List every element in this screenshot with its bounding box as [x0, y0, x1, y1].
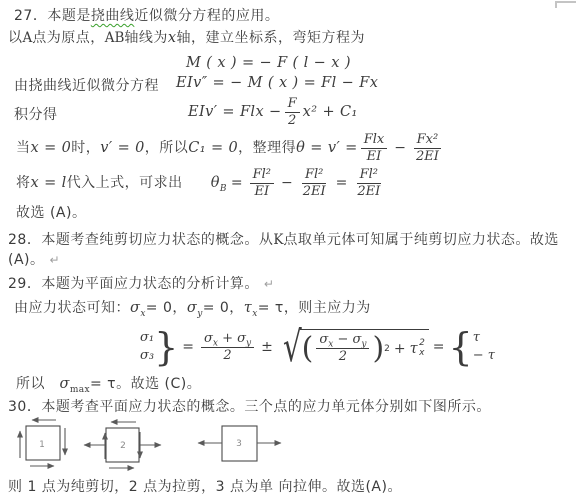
left-paren: ( — [302, 334, 314, 364]
right-paren: ) — [372, 334, 384, 364]
q27-l5-run: 代入上式，可求出 — [67, 174, 183, 192]
right-brace: } — [154, 330, 178, 364]
eiv-first-derivative-lead: EIv′ = Flx − — [188, 104, 282, 120]
element-3-label: 3 — [236, 439, 242, 449]
q29-l2-run: 由应力状态可知： — [14, 299, 130, 317]
q27-l4-run: ，所以 — [145, 139, 189, 157]
moment-equation: M ( x ) = − F ( l − x ) — [186, 55, 351, 71]
stress-element-3: 3 — [198, 426, 281, 461]
equals-operator: = — [231, 175, 243, 191]
q28-l1-run: 28．本题考查纯剪切应力状态的概念。从 — [8, 231, 273, 249]
q28-l1-run: 点取单元体可知属于纯剪切应力状态。故选 — [283, 231, 559, 249]
q28-answer-text: (A)。 — [8, 251, 45, 269]
integrate-label: 积分得 — [14, 106, 58, 124]
q28-line-1: 28．本题考查纯剪切应力状态的概念。从 K 点取单元体可知属于纯剪切应力状态。故… — [8, 231, 559, 249]
q28-line-2: (A)。 ↵ — [8, 251, 60, 269]
tau-sup-sub: 2x — [419, 339, 425, 359]
q27-l4-v0: v′ = 0 — [100, 140, 144, 156]
q29-line-1: 29．本题为平面应力状态的分析计算。 ↵ — [8, 275, 274, 293]
q27-line-thetaB: 将 x = l 代入上式，可求出 θB = Fl² EI − Fl² 2EI =… — [16, 164, 386, 202]
q27-formula-eiv2: EIv″ = − M ( x ) = Fl − Fx — [176, 75, 378, 91]
q27-f3-label: 积分得 — [14, 106, 58, 124]
q27-answer-text: 故选 (A)。 — [16, 204, 86, 222]
q28-point-k: K — [273, 232, 283, 248]
q27-l2-run: 轴，建立坐标系，弯矩方程为 — [177, 29, 366, 47]
theta-b-symbol: θB — [211, 175, 227, 191]
q29-l2-run: = τ，则主应力为 — [258, 299, 371, 317]
fraction-fl2-over-2ei-result: Fl² 2EI — [354, 167, 383, 199]
q27-l4-run: 当 — [16, 139, 31, 157]
q27-l2-run: 点为原点， — [32, 29, 105, 47]
document-page: 27． 本题是 挠曲线 近似微分方程的应用。 以 A 点为原点， AB 轴线为 … — [0, 0, 576, 499]
scan-artifact-horizontal — [556, 1, 576, 3]
minus-operator: − — [281, 175, 293, 191]
equals-operator: = — [182, 339, 194, 355]
eiv-first-derivative-tail: x² + C₁ — [303, 104, 358, 120]
q27-number: 27． — [14, 7, 47, 25]
q27-l2-point-a: A — [23, 30, 33, 46]
q27-l4-c1: C₁ = 0 — [188, 140, 238, 156]
q30-title-text: 30．本题考查平面应力状态的概念。三个点的应力单元体分别如下图所示。 — [8, 398, 491, 416]
q27-line-2: 以 A 点为原点， AB 轴线为 x 轴，建立坐标系，弯矩方程为 — [8, 29, 365, 47]
square-root: √ ( σx − σy 2 )2 + τ 2x — [279, 326, 429, 368]
sigma-1-3-stack: σ₁ σ₃ — [140, 329, 154, 364]
q29-l3-run: = τ。故选 (C)。 — [90, 375, 201, 393]
q27-l2-run: 轴线为 — [124, 29, 168, 47]
q27-l1-pre: 本题是 — [47, 7, 91, 25]
q29-principal-stress-formula: σ₁ σ₃ } = σx + σy 2 ± √ ( σx − σy 2 )2 +… — [140, 319, 495, 375]
stress-element-diagrams: 1 2 3 — [8, 416, 298, 478]
q29-line-2: 由应力状态可知： σx = 0， σy = 0， τx = τ，则主应力为 — [14, 299, 371, 317]
return-mark-icon: ↵ — [50, 253, 60, 267]
q27-formula-moment: M ( x ) = − F ( l − x ) — [186, 55, 351, 71]
q27-l4-theta-eq: θ = v′ = — [296, 140, 358, 156]
q30-answer-text: 则 1 点为纯剪切，2 点为拉剪，3 点为单 向拉伸。故选(A)。 — [8, 478, 402, 496]
q27-line-1: 27． 本题是 挠曲线 近似微分方程的应用。 — [14, 7, 279, 25]
q27-l1-post: 近似微分方程的应用。 — [134, 7, 279, 25]
q27-l1-spellcheck-word: 挠曲线 — [91, 7, 135, 25]
q27-l4-run: ，整理得 — [238, 139, 296, 157]
deflection-eq-label: 由挠曲线近似微分方程 — [14, 77, 159, 95]
q27-l5-xl: x = l — [31, 175, 67, 191]
plus-minus-operator: ± — [261, 339, 273, 355]
q27-line-theta: 当 x = 0 时， v′ = 0 ，所以 C₁ = 0 ，整理得 θ = v′… — [16, 129, 445, 167]
minus-operator: − — [394, 140, 406, 156]
fraction-flx-over-ei: Flx EI — [361, 132, 388, 164]
q29-l3-run: 所以 — [16, 375, 60, 393]
q30-line-1: 30．本题考查平面应力状态的概念。三个点的应力单元体分别如下图所示。 — [8, 398, 491, 416]
fraction-sigma-diff: σx − σy 2 — [316, 332, 369, 364]
sigma-max-symbol: σmax — [60, 376, 91, 392]
stress-element-2: 2 — [84, 422, 161, 468]
tau-cases-stack: τ − τ — [473, 329, 495, 364]
q29-l2-run: = 0， — [146, 299, 187, 317]
q27-l2-var-x: x — [168, 30, 177, 46]
return-mark-icon: ↵ — [264, 277, 274, 291]
eiv-second-derivative-equation: EIv″ = − M ( x ) = Fl − Fx — [176, 75, 378, 91]
q27-l5-run: 将 — [16, 174, 31, 192]
fraction-fl2-over-2ei: Fl² 2EI — [300, 167, 329, 199]
sigma-y-symbol: σy — [187, 300, 203, 316]
equals-operator: = — [336, 175, 348, 191]
q27-l2-axis-ab: AB — [105, 30, 125, 46]
element-1-label: 1 — [39, 440, 45, 450]
tau-symbol: τ — [410, 341, 418, 357]
sigma-x-symbol: σx — [130, 300, 146, 316]
stress-element-1: 1 — [20, 420, 65, 466]
equals-operator: = — [433, 339, 445, 355]
q27-formula-eiv1: EIv′ = Flx − F 2 x² + C₁ — [188, 93, 358, 131]
q29-title-text: 29．本题为平面应力状态的分析计算。 — [8, 275, 259, 293]
q27-l2-run: 以 — [8, 29, 23, 47]
q27-f2-label: 由挠曲线近似微分方程 — [14, 77, 159, 95]
q27-answer: 故选 (A)。 — [16, 204, 86, 222]
fraction-fl2-over-ei: Fl² EI — [250, 167, 274, 199]
q27-l4-run: 时， — [71, 139, 100, 157]
scan-artifact-vertical — [555, 1, 557, 8]
left-brace: { — [449, 330, 473, 364]
plus-operator: + — [394, 341, 406, 357]
fraction-f-over-2: F 2 — [285, 96, 300, 128]
fraction-sigma-sum: σx + σy 2 — [201, 331, 254, 363]
fraction-fx2-over-2ei: Fx² 2EI — [413, 132, 442, 164]
element-2-label: 2 — [120, 441, 126, 451]
q27-l4-x0: x = 0 — [31, 140, 72, 156]
tau-x-symbol: τx — [244, 300, 258, 316]
q29-l2-run: = 0， — [203, 299, 244, 317]
q29-answer-line: 所以 σmax = τ。故选 (C)。 — [16, 375, 201, 393]
q30-answer-line: 则 1 点为纯剪切，2 点为拉剪，3 点为单 向拉伸。故选(A)。 — [8, 478, 402, 496]
